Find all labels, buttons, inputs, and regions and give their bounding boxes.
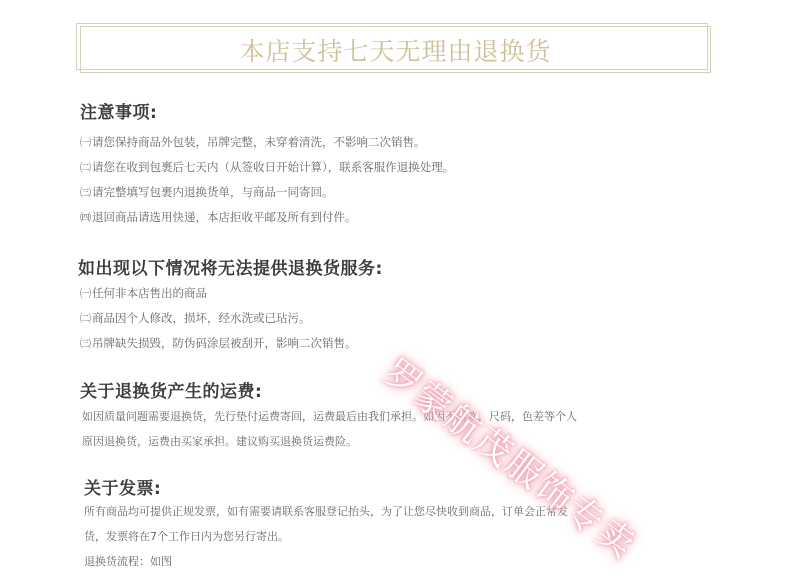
invoice-text: 所有商品均可提供正规发票，如有需要请联系客服登记抬头，为了让您尽快收到商品，订单…: [84, 505, 568, 518]
invoice-section: 关于发票:: [84, 474, 161, 499]
notice-item-text: 请完整填写包裹内退换货单，与商品一同寄回。: [92, 185, 334, 199]
shipping-heading: 关于退换货产生的运费:: [80, 377, 262, 402]
shop-watermark: 罗蒙航茂服饰专卖: [374, 345, 647, 569]
enum-marker: ㈢: [80, 337, 91, 350]
notice-item: ㈢请完整填写包裹内退换货单，与商品一同寄回。: [80, 184, 334, 200]
notice-item-text: 退回商品请选用快递，本店拒收平邮及所有到付件。: [92, 210, 357, 224]
exclusions-section: 如出现以下情况将无法提供退换货服务:: [78, 254, 383, 279]
notice-item: ㈠请您保持商品外包装，吊牌完整，未穿着清洗，不影响二次销售。: [80, 134, 426, 150]
shipping-line: 原因退换货，运费由买家承担。建议购买退换货运费险。: [82, 433, 357, 449]
title-frame: 本店支持七天无理由退换货: [80, 26, 711, 73]
enum-marker: ㈡: [80, 312, 91, 325]
exclusion-item: ㈡商品因个人修改，损坏，经水洗或已玷污。: [80, 310, 311, 326]
process-line: 退换货流程：如图: [84, 553, 172, 569]
enum-marker: ㈣: [80, 211, 91, 224]
exclusion-item: ㈠任何非本店售出的商品: [80, 285, 207, 301]
notice-heading: 注意事项:: [80, 98, 157, 123]
shipping-section: 关于退换货产生的运费:: [80, 377, 262, 402]
invoice-line: 所有商品均可提供正规发票，如有需要请联系客服登记抬头，为了让您尽快收到商品，订单…: [84, 503, 568, 519]
enum-marker: ㈠: [80, 287, 91, 300]
notice-item: ㈣退回商品请选用快递，本店拒收平邮及所有到付件。: [80, 209, 357, 225]
enum-marker: ㈡: [80, 161, 91, 174]
invoice-heading: 关于发票:: [84, 474, 161, 499]
invoice-text: 货，发票将在7个工作日内为您另行寄出。: [84, 530, 289, 543]
enum-marker: ㈢: [80, 186, 91, 199]
page-title: 本店支持七天无理由退换货: [239, 32, 551, 68]
notice-item-text: 请您在收到包裹后七天内（从签收日开始计算），联系客服作退换处理。: [92, 160, 454, 174]
shipping-text: 原因退换货，运费由买家承担。建议购买退换货运费险。: [82, 435, 357, 448]
process-text: 退换货流程：如图: [84, 555, 172, 568]
exclusion-item-text: 吊牌缺失损毁，防伪码涂层被刮开，影响二次销售。: [92, 336, 357, 350]
notice-item-text: 请您保持商品外包装，吊牌完整，未穿着清洗，不影响二次销售。: [92, 135, 426, 149]
invoice-line: 货，发票将在7个工作日内为您另行寄出。: [84, 528, 289, 544]
exclusion-item-text: 商品因个人修改，损坏，经水洗或已玷污。: [92, 311, 311, 325]
enum-marker: ㈠: [80, 136, 91, 149]
notice-item: ㈡请您在收到包裹后七天内（从签收日开始计算），联系客服作退换处理。: [80, 159, 454, 175]
notice-section: 注意事项:: [80, 98, 157, 123]
exclusion-item: ㈢吊牌缺失损毁，防伪码涂层被刮开，影响二次销售。: [80, 335, 357, 351]
exclusion-item-text: 任何非本店售出的商品: [92, 286, 207, 300]
exclusions-heading: 如出现以下情况将无法提供退换货服务:: [78, 254, 383, 279]
